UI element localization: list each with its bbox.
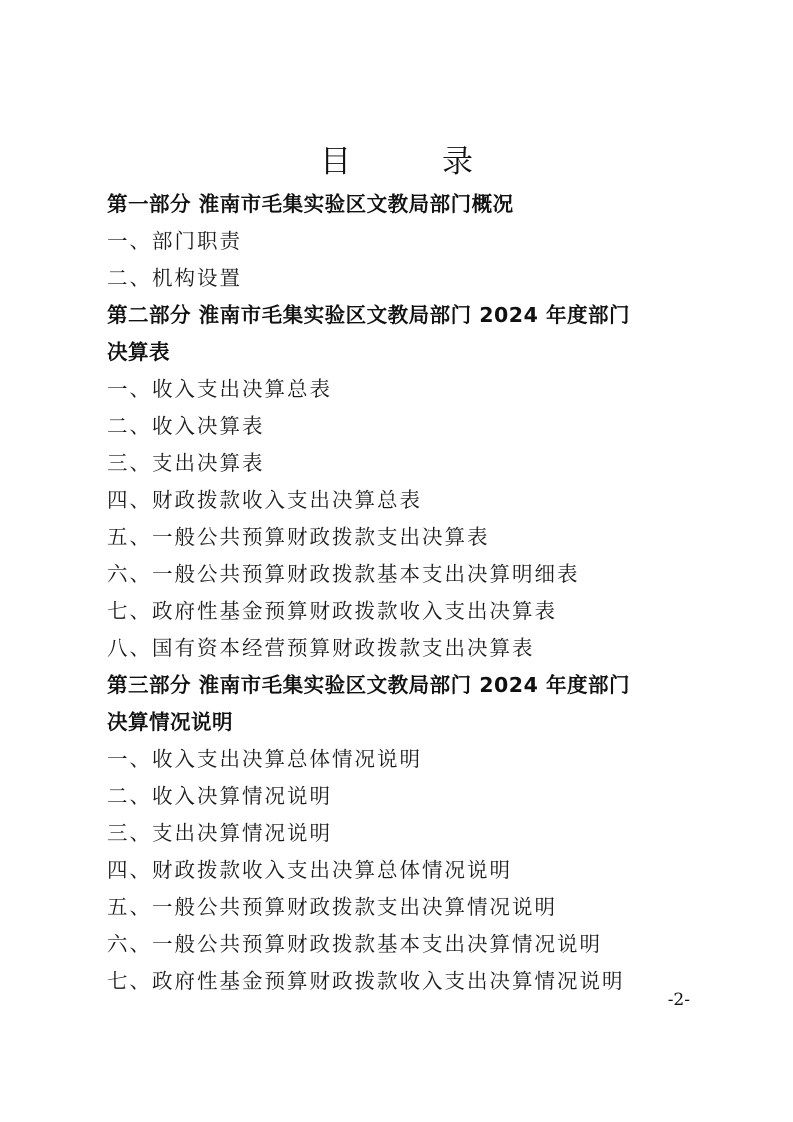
page-title: 目 录 (0, 140, 793, 184)
toc-item[interactable]: 一、收入支出决算总表 (107, 371, 707, 408)
toc-item[interactable]: 三、支出决算表 (107, 445, 707, 482)
toc-item[interactable]: 四、财政拨款收入支出决算总表 (107, 482, 707, 519)
toc-item[interactable]: 一、收入支出决算总体情况说明 (107, 741, 707, 778)
toc-item[interactable]: 二、收入决算表 (107, 408, 707, 445)
toc-item[interactable]: 六、一般公共预算财政拨款基本支出决算情况说明 (107, 926, 707, 963)
toc-item[interactable]: 六、一般公共预算财政拨款基本支出决算明细表 (107, 556, 707, 593)
toc-item[interactable]: 七、政府性基金预算财政拨款收入支出决算情况说明 (107, 963, 707, 1000)
toc-item[interactable]: 五、一般公共预算财政拨款支出决算情况说明 (107, 889, 707, 926)
part-3-heading-cont[interactable]: 决算情况说明 (107, 704, 707, 741)
part-2-heading[interactable]: 第二部分 淮南市毛集实验区文教局部门 2024 年度部门 (107, 297, 707, 334)
part-1-heading[interactable]: 第一部分 淮南市毛集实验区文教局部门概况 (107, 186, 707, 223)
page-number: -2- (668, 990, 690, 1010)
toc-item[interactable]: 二、机构设置 (107, 260, 707, 297)
toc-item[interactable]: 五、一般公共预算财政拨款支出决算表 (107, 519, 707, 556)
table-of-contents: 第一部分 淮南市毛集实验区文教局部门概况 一、部门职责 二、机构设置 第二部分 … (107, 186, 707, 1000)
toc-item[interactable]: 七、政府性基金预算财政拨款收入支出决算表 (107, 593, 707, 630)
toc-item[interactable]: 二、收入决算情况说明 (107, 778, 707, 815)
part-2-heading-cont[interactable]: 决算表 (107, 334, 707, 371)
toc-item[interactable]: 四、财政拨款收入支出决算总体情况说明 (107, 852, 707, 889)
toc-item[interactable]: 三、支出决算情况说明 (107, 815, 707, 852)
toc-item[interactable]: 八、国有资本经营预算财政拨款支出决算表 (107, 630, 707, 667)
toc-item[interactable]: 一、部门职责 (107, 223, 707, 260)
part-3-heading[interactable]: 第三部分 淮南市毛集实验区文教局部门 2024 年度部门 (107, 667, 707, 704)
